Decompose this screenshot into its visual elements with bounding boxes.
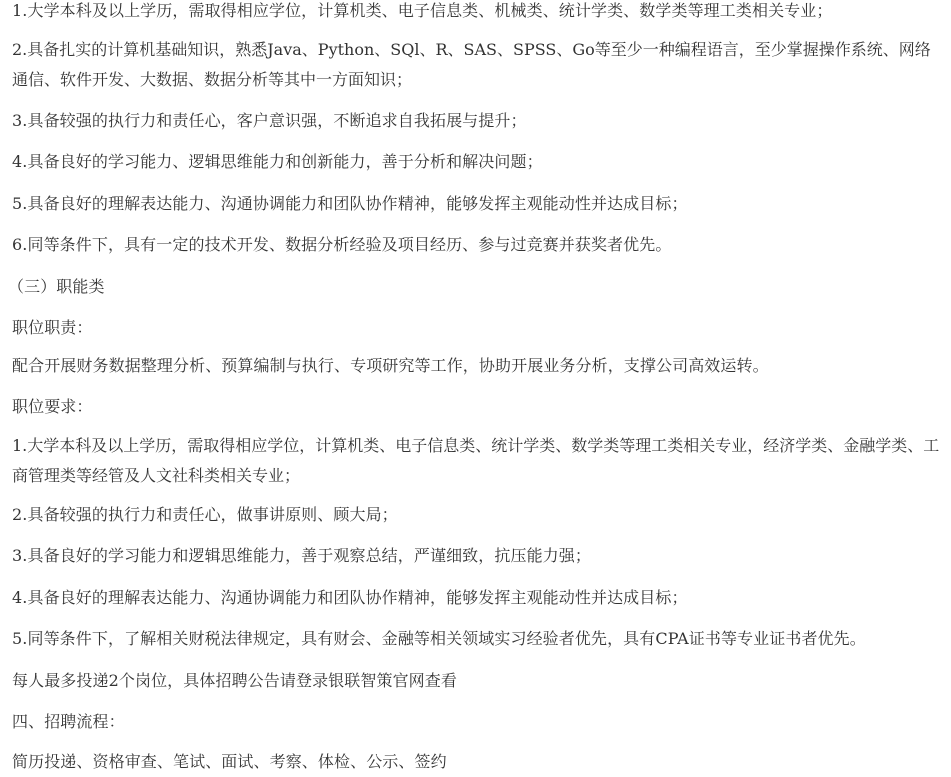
duties-text: 配合开展财务数据整理分析、预算编制与执行、专项研究等工作，协助开展业务分析，支撑… (12, 356, 769, 376)
recruitment-document: 1.大学本科及以上学历，需取得相应学位，计算机类、电子信息类、机械类、统计学类、… (0, 0, 951, 777)
tech-requirement-1: 1.大学本科及以上学历，需取得相应学位，计算机类、电子信息类、机械类、统计学类、… (12, 1, 832, 21)
functional-requirement-1: 1.大学本科及以上学历，需取得相应学位，计算机类、电子信息类、统计学类、数学类等… (12, 431, 942, 491)
functional-requirement-5: 5.同等条件下，了解相关财税法律规定，具有财会、金融等相关领域实习经验者优先，具… (12, 629, 866, 649)
tech-requirement-4: 4.具备良好的学习能力、逻辑思维能力和创新能力，善于分析和解决问题； (12, 152, 543, 172)
process-steps: 简历投递、资格审查、笔试、面试、考察、体检、公示、签约 (12, 752, 447, 772)
tech-requirement-6: 6.同等条件下，具有一定的技术开发、数据分析经验及项目经历、参与过竞赛并获奖者优… (12, 235, 671, 255)
duties-label: 职位职责： (12, 318, 93, 338)
process-heading: 四、招聘流程： (12, 712, 125, 732)
tech-requirement-5: 5.具备良好的理解表达能力、沟通协调能力和团队协作精神，能够发挥主观能动性并达成… (12, 194, 688, 214)
tech-requirement-2: 2.具备扎实的计算机基础知识，熟悉Java、Python、SQl、R、SAS、S… (12, 35, 942, 95)
functional-requirement-2: 2.具备较强的执行力和责任心，做事讲原则、顾大局； (12, 505, 398, 525)
requirements-label: 职位要求： (12, 397, 93, 417)
functional-requirement-4: 4.具备良好的理解表达能力、沟通协调能力和团队协作精神，能够发挥主观能动性并达成… (12, 588, 688, 608)
application-notice: 每人最多投递2个岗位，具体招聘公告请登录银联智策官网查看 (12, 671, 457, 691)
functional-requirement-3: 3.具备良好的学习能力和逻辑思维能力，善于观察总结，严谨细致，抗压能力强； (12, 546, 591, 566)
tech-requirement-3: 3.具备较强的执行力和责任心，客户意识强，不断追求自我拓展与提升； (12, 111, 527, 131)
functional-heading: （三）职能类 (8, 277, 105, 297)
